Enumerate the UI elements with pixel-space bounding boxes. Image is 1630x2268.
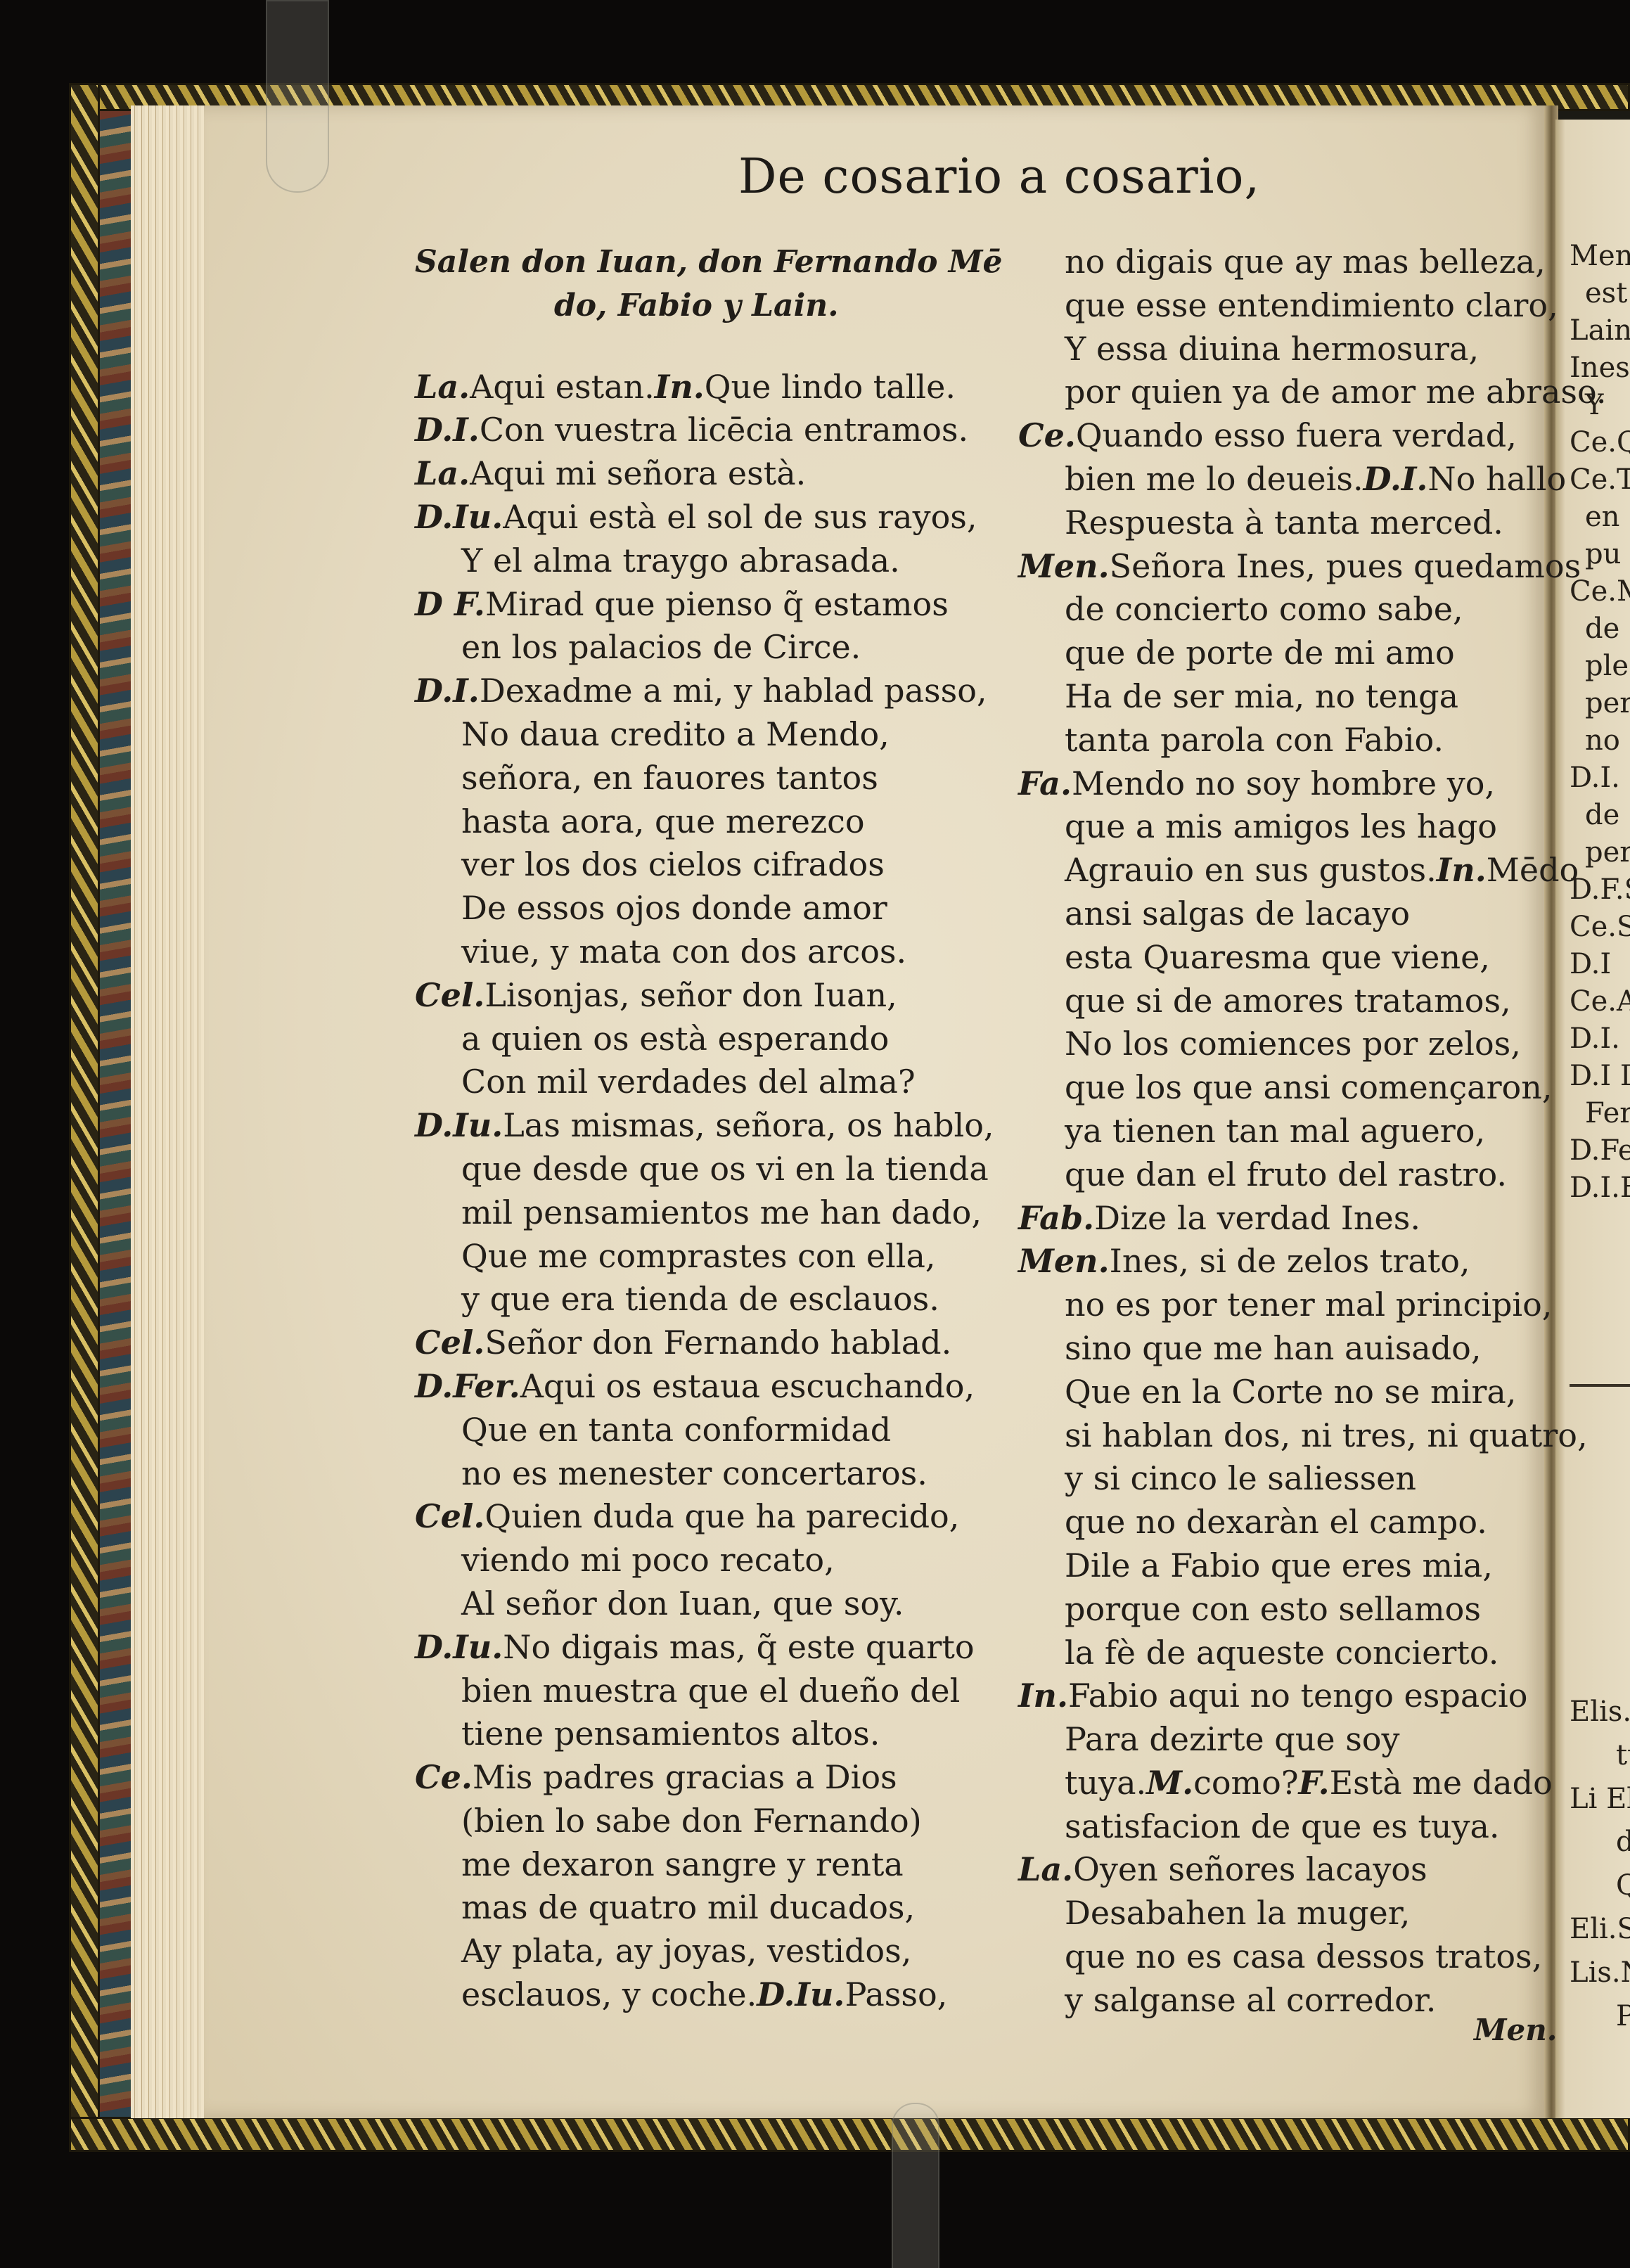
verse-line: en los palacios de Circe. — [415, 626, 999, 669]
fragment-line: D.I. — [1570, 1020, 1630, 1058]
verse-text: no es por tener mal principio, — [1065, 1286, 1552, 1324]
stage-direction: Salen don Iuan, don Fernando Mē — [415, 241, 999, 284]
verse-line: bien me lo deueis.D.I.No hallo — [1018, 458, 1553, 501]
verse-text: a quien os està esperando — [461, 1020, 889, 1058]
verse-text: que dan el fruto del rastro. — [1065, 1155, 1507, 1193]
verse-text: Que en la Corte no se mira, — [1065, 1373, 1516, 1411]
verse-text: Lisonjas, señor don Iuan, — [484, 976, 897, 1014]
verse-line: y si cinco le saliessen — [1018, 1457, 1553, 1501]
verse-text: viendo mi poco recato, — [461, 1541, 835, 1579]
verse-text: No los comiences por zelos, — [1065, 1025, 1521, 1063]
verse-text: tiene pensamientos altos. — [461, 1715, 880, 1753]
verse-text: porque con esto sellamos — [1065, 1590, 1481, 1628]
section-rule — [1570, 1384, 1630, 1387]
verse-text: y que era tienda de esclauos. — [461, 1280, 939, 1318]
verse-line: me dexaron sangre y renta — [415, 1843, 999, 1887]
fragment-line: Lis.No a — [1570, 1954, 1630, 1998]
verse-line: mil pensamientos me han dado, — [415, 1191, 999, 1235]
verse-text: Con vuestra licēcia entramos. — [480, 411, 968, 449]
verse-line: Dile a Fabio que eres mia, — [1018, 1544, 1553, 1588]
verse-line: y salganse al corredor. — [1018, 1979, 1553, 2023]
verse-line: D.I.Dexadme a mi, y hablad passo, — [415, 669, 999, 713]
fragment-line: Lain — [1570, 312, 1630, 350]
verse-text: que a mis amigos les hago — [1065, 807, 1497, 845]
verse-text: me dexaron sangre y renta — [461, 1845, 904, 1883]
fragment-line: D.I. — [1570, 760, 1630, 797]
verse-line: no es menester concertaros. — [415, 1452, 999, 1496]
fragment-line: Ce.Sa — [1570, 909, 1630, 946]
verse-line: D F.Mirad que pienso q̃ estamos — [415, 583, 999, 627]
speaker-label: Fa. — [1018, 764, 1072, 802]
verse-text: satisfacion de que es tuya. — [1065, 1807, 1500, 1845]
verse-line: No daua credito a Mendo, — [415, 713, 999, 757]
speaker-label: In. — [1437, 851, 1487, 889]
verse-line: esclauos, y coche.D.Iu.Passo, — [415, 1973, 999, 2017]
verse-line: que no es casa dessos tratos, — [1018, 1935, 1553, 1979]
fragment-line: Fern — [1570, 1095, 1630, 1132]
verse-line: Que en la Corte no se mira, — [1018, 1371, 1553, 1414]
verse-text: que no es casa dessos tratos, — [1065, 1937, 1542, 1975]
verse-line: De essos ojos donde amor — [415, 887, 999, 930]
fragment-line: Ce.A — [1570, 983, 1630, 1020]
fragment-line: en — [1570, 499, 1630, 536]
verse-line: D.Iu.Las mismas, señora, os hablo, — [415, 1104, 999, 1148]
speaker-label: D.I. — [1363, 460, 1428, 498]
verse-text: Que me comprastes con ella, — [461, 1237, 936, 1275]
verse-line: ya tienen tan mal aguero, — [1018, 1110, 1553, 1153]
verse-line: tuya.M.como?F.Està me dado — [1018, 1762, 1553, 1805]
verse-line: a quien os està esperando — [415, 1018, 999, 1061]
verse-text: viue, y mata con dos arcos. — [461, 933, 906, 970]
fragment-line: per — [1570, 685, 1630, 722]
speaker-label: Ce. — [1018, 416, 1076, 454]
verse-text: la fè de aqueste concierto. — [1065, 1634, 1499, 1672]
speaker-label: In. — [1018, 1677, 1068, 1715]
verse-line: Cel.Señor don Fernando hablad. — [415, 1321, 999, 1365]
verse-line: bien muestra que el dueño del — [415, 1670, 999, 1713]
speaker-label: F. — [1299, 1764, 1330, 1802]
fragment-line: Quere — [1570, 1867, 1630, 1911]
verse-line: D.Fer.Aqui os estaua escuchando, — [415, 1365, 999, 1409]
verse-text: esclauos, y coche. — [461, 1975, 757, 2013]
verse-line: viendo mi poco recato, — [415, 1539, 999, 1582]
verse-text: no digais que ay mas belleza, — [1065, 243, 1546, 281]
fragment-line: P — [1570, 1998, 1630, 2042]
verse-line: D.Iu.No digais mas, q̃ este quarto — [415, 1626, 999, 1670]
verse-text: Aqui estan. — [470, 368, 655, 406]
speaker-label: D.I. — [415, 672, 480, 710]
verse-line: No los comiences por zelos, — [1018, 1023, 1553, 1066]
verse-line: viue, y mata con dos arcos. — [415, 930, 999, 974]
verse-text: Ines, si de zelos trato, — [1110, 1242, 1470, 1280]
verse-text: tanta parola con Fabio. — [1065, 721, 1444, 759]
speaker-label: Men. — [1018, 547, 1110, 585]
verse-line: Cel.Quien duda que ha parecido, — [415, 1495, 999, 1539]
verse-text: que los que ansi començaron, — [1065, 1068, 1553, 1106]
verse-line: (bien lo sabe don Fernando) — [415, 1800, 999, 1843]
page-holder-strip-bottom — [892, 2103, 939, 2268]
verse-line: La.Oyen señores lacayos — [1018, 1848, 1553, 1892]
verse-text: y salganse al corredor. — [1065, 1981, 1436, 2019]
verse-line: que de porte de mi amo — [1018, 632, 1553, 675]
fragment-line: Y — [1570, 387, 1630, 424]
verse-line: por quien ya de amor me abraso. — [1018, 371, 1553, 414]
verse-line: Fab.Dize la verdad Ines. — [1018, 1197, 1553, 1241]
verse-line: satisfacion de que es tuya. — [1018, 1805, 1553, 1849]
verse-line: que esse entendimiento claro, — [1018, 284, 1553, 328]
verse-text: No hallo — [1427, 460, 1566, 498]
verse-line: esta Quaresma que viene, — [1018, 936, 1553, 980]
verse-line: Desabahen la muger, — [1018, 1892, 1553, 1935]
verse-text: Señora Ines, pues quedamos — [1110, 547, 1581, 585]
verse-text: que de porte de mi amo — [1065, 634, 1455, 672]
verse-text: hasta aora, que merezco — [461, 802, 865, 840]
fragment-line: Elis.Ta — [1570, 1693, 1630, 1737]
verse-line: Ha de ser mia, no tenga — [1018, 675, 1553, 719]
verse-line: Fa.Mendo no soy hombre yo, — [1018, 762, 1553, 806]
fragment-line: D.I — [1570, 946, 1630, 983]
fragment-line: Ce.T — [1570, 461, 1630, 499]
verse-text: Aqui està el sol de sus rayos, — [503, 498, 977, 536]
speaker-label: D.Iu. — [415, 1106, 503, 1144]
verse-text: Mendo no soy hombre yo, — [1072, 764, 1495, 802]
verse-line: que los que ansi començaron, — [1018, 1066, 1553, 1110]
verse-text: y si cinco le saliessen — [1065, 1459, 1416, 1497]
verse-line: sino que me han auisado, — [1018, 1327, 1553, 1371]
speaker-label: La. — [1018, 1850, 1073, 1888]
verse-text: Dize la verdad Ines. — [1094, 1199, 1420, 1237]
verse-line: Agrauio en sus gustos.In.Mēdo — [1018, 849, 1553, 892]
speaker-label: D.Fer. — [415, 1367, 520, 1405]
fragment-line: Ce.Q — [1570, 424, 1630, 461]
verse-text: (bien lo sabe don Fernando) — [461, 1802, 922, 1840]
verse-line: no digais que ay mas belleza, — [1018, 241, 1553, 284]
speaker-label: D.Iu. — [415, 498, 503, 536]
gilt-border-left — [69, 83, 100, 2151]
verse-text: Està me dado — [1330, 1764, 1553, 1802]
fragment-line: D.I.Es — [1570, 1170, 1630, 1207]
verse-line: Respuesta à tanta merced. — [1018, 501, 1553, 545]
verse-text: Señor don Fernando hablad. — [484, 1324, 951, 1362]
verse-text: Ha de ser mia, no tenga — [1065, 677, 1458, 715]
fragment-line: per — [1570, 834, 1630, 871]
speaker-label: Cel. — [415, 1497, 484, 1535]
verse-line: Y el alma traygo abrasada. — [415, 539, 999, 583]
verse-text: ya tienen tan mal aguero, — [1065, 1112, 1485, 1150]
verse-line: Ay plata, ay joyas, vestidos, — [415, 1930, 999, 1973]
verse-text: esta Quaresma que viene, — [1065, 938, 1490, 976]
gilt-border-bottom — [69, 2117, 1630, 2152]
fragment-line: Li Elisa — [1570, 1781, 1630, 1824]
verse-text: Oyen señores lacayos — [1073, 1850, 1427, 1888]
verse-line: ver los dos cielos cifrados — [415, 843, 999, 887]
speaker-label: D.I. — [415, 411, 480, 449]
speaker-label: D.Iu. — [415, 1628, 503, 1666]
speaker-label: Men. — [1018, 1242, 1110, 1280]
verse-text: de concierto como sabe, — [1065, 590, 1463, 628]
verse-text: Quando esso fuera verdad, — [1076, 416, 1517, 454]
page-fore-edge — [131, 105, 208, 2118]
verse-line: Ce.Mis padres gracias a Dios — [415, 1756, 999, 1800]
verse-text: Fabio aqui no tengo espacio — [1068, 1677, 1527, 1715]
left-text-column: Salen don Iuan, don Fernando Mē do, Fabi… — [415, 241, 999, 2017]
verse-text: mas de quatro mil ducados, — [461, 1888, 915, 1926]
verse-text: Que en tanta conformidad — [461, 1411, 891, 1449]
verse-text: No digais mas, q̃ este quarto — [503, 1628, 974, 1666]
verse-text: mil pensamientos me han dado, — [461, 1193, 982, 1231]
speaker-label: Ce. — [415, 1758, 473, 1796]
verse-text: que no dexaràn el campo. — [1065, 1503, 1487, 1541]
verse-line: D.I.Con vuestra licēcia entramos. — [415, 409, 999, 452]
verse-line: tiene pensamientos altos. — [415, 1712, 999, 1756]
speaker-label: Fab. — [1018, 1199, 1094, 1237]
verse-text: Las mismas, señora, os hablo, — [503, 1106, 994, 1144]
verse-line: señora, en fauores tantos — [415, 757, 999, 800]
verse-text: bien muestra que el dueño del — [461, 1672, 960, 1710]
verse-text: Al señor don Iuan, que soy. — [461, 1584, 904, 1622]
verse-text: si hablan dos, ni tres, ni quatro, — [1065, 1416, 1588, 1454]
verse-line: Para dezirte que soy — [1018, 1718, 1553, 1762]
running-head: De cosario a cosario, — [738, 149, 1260, 205]
catchword: Men. — [1474, 2013, 1557, 2047]
verse-line: que si de amores tratamos, — [1018, 980, 1553, 1023]
verse-line: si hablan dos, ni tres, ni quatro, — [1018, 1414, 1553, 1458]
verse-text: Agrauio en sus gustos. — [1065, 851, 1437, 889]
verse-line: no es por tener mal principio, — [1018, 1283, 1553, 1327]
fragment-line: de — [1570, 797, 1630, 834]
verse-line: Que me comprastes con ella, — [415, 1235, 999, 1279]
fragment-line: Men — [1570, 238, 1630, 275]
verse-text: Desabahen la muger, — [1065, 1894, 1410, 1932]
speaker-label: D F. — [415, 585, 485, 623]
speaker-label: Cel. — [415, 976, 484, 1014]
verse-text: Con mil verdades del alma? — [461, 1063, 916, 1101]
verse-text: Mis padres gracias a Dios — [473, 1758, 897, 1796]
speaker-label: Cel. — [415, 1324, 484, 1362]
stage-direction: do, Fabio y Lain. — [415, 284, 999, 328]
verse-lines: no digais que ay mas belleza,que esse en… — [1018, 241, 1553, 2023]
verse-text: por quien ya de amor me abraso. — [1065, 373, 1607, 411]
verse-line: y que era tienda de esclauos. — [415, 1278, 999, 1321]
verse-text: que si de amores tratamos, — [1065, 982, 1511, 1020]
fragment-line: pu — [1570, 536, 1630, 573]
verse-text: en los palacios de Circe. — [461, 628, 861, 666]
verse-text: Respuesta à tanta merced. — [1065, 504, 1503, 542]
speaker-label: M. — [1146, 1764, 1193, 1802]
verse-text: ver los dos cielos cifrados — [461, 845, 885, 883]
verse-text: no es menester concertaros. — [461, 1454, 928, 1492]
marbled-endpaper — [100, 111, 131, 2117]
verse-text: tuya. — [1065, 1764, 1146, 1802]
verse-lines: La.Aqui estan.In.Que lindo talle.D.I.Con… — [415, 366, 999, 2017]
verse-line: Que en tanta conformidad — [415, 1409, 999, 1452]
fragment-line: Eli.Si, n — [1570, 1911, 1630, 1954]
fragment-line: D.F.S — [1570, 871, 1630, 909]
verse-text: Para dezirte que soy — [1065, 1720, 1400, 1758]
fragment-line: Ce.M — [1570, 573, 1630, 610]
fragment-line: D.I D — [1570, 1058, 1630, 1095]
verse-line: D.Iu.Aqui està el sol de sus rayos, — [415, 496, 999, 539]
verse-line: Cel.Lisonjas, señor don Iuan, — [415, 974, 999, 1018]
fragment-line: D.Fe. — [1570, 1132, 1630, 1170]
facing-page-text-upper: MenestLainInes.YCe.QCe.TenpuCe.Mdepleper… — [1570, 238, 1630, 1207]
speaker-label: D.Iu. — [757, 1975, 845, 2013]
fragment-line: est — [1570, 275, 1630, 312]
verse-text: Dile a Fabio que eres mia, — [1065, 1546, 1493, 1584]
verse-text: sino que me han auisado, — [1065, 1329, 1482, 1367]
verse-text: De essos ojos donde amor — [461, 889, 887, 927]
fragment-line: de vn — [1570, 1824, 1630, 1867]
verse-line: Men.Señora Ines, pues quedamos — [1018, 545, 1553, 589]
right-text-column: no digais que ay mas belleza,que esse en… — [1018, 241, 1553, 2023]
verse-line: porque con esto sellamos — [1018, 1588, 1553, 1632]
fragment-line: ple — [1570, 648, 1630, 685]
verse-line: de concierto como sabe, — [1018, 588, 1553, 632]
verse-line: Y essa diuina hermosura, — [1018, 328, 1553, 371]
verse-text: No daua credito a Mendo, — [461, 715, 890, 753]
verse-line: In.Fabio aqui no tengo espacio — [1018, 1674, 1553, 1718]
verse-text: que desde que os vi en la tienda — [461, 1150, 989, 1188]
verse-text: Passo, — [845, 1975, 947, 2013]
speaker-label: La. — [415, 454, 470, 492]
fragment-line: tu lo — [1570, 1737, 1630, 1781]
verse-line: La.Aqui estan.In.Que lindo talle. — [415, 366, 999, 409]
verse-text: ansi salgas de lacayo — [1065, 895, 1410, 933]
speaker-label: In. — [655, 368, 705, 406]
verse-text: bien me lo deueis. — [1065, 460, 1363, 498]
verse-text: Dexadme a mi, y hablad passo, — [480, 672, 987, 710]
verse-line: ansi salgas de lacayo — [1018, 892, 1553, 936]
verse-text: Y essa diuina hermosura, — [1065, 330, 1479, 368]
verse-text: Mirad que pienso q̃ estamos — [485, 585, 949, 623]
verse-line: Con mil verdades del alma? — [415, 1061, 999, 1104]
verse-line: mas de quatro mil ducados, — [415, 1886, 999, 1930]
verse-line: Men.Ines, si de zelos trato, — [1018, 1240, 1553, 1283]
verse-text: señora, en fauores tantos — [461, 759, 878, 797]
verse-text: Mēdo — [1487, 851, 1579, 889]
verse-text: Y el alma traygo abrasada. — [461, 542, 900, 579]
page-holder-strip-top — [266, 0, 329, 193]
verse-line: Al señor don Iuan, que soy. — [415, 1582, 999, 1626]
verse-line: la fè de aqueste concierto. — [1018, 1632, 1553, 1675]
verse-line: que no dexaràn el campo. — [1018, 1501, 1553, 1544]
verse-text: como? — [1193, 1764, 1298, 1802]
verse-text: Aqui mi señora està. — [470, 454, 806, 492]
facing-page-text-lower: Elis.Tatu loLi Elisade vnQuereEli.Si, nL… — [1570, 1693, 1630, 2041]
verse-line: que desde que os vi en la tienda — [415, 1148, 999, 1191]
verse-text: Ay plata, ay joyas, vestidos, — [461, 1932, 911, 1970]
verse-line: Ce.Quando esso fuera verdad, — [1018, 414, 1553, 458]
verse-text: Quien duda que ha parecido, — [484, 1497, 959, 1535]
fragment-line: Ines. — [1570, 350, 1630, 387]
fragment-line: no — [1570, 722, 1630, 760]
speaker-label: La. — [415, 368, 470, 406]
verse-line: hasta aora, que merezco — [415, 800, 999, 844]
verse-text: que esse entendimiento claro, — [1065, 286, 1558, 324]
verse-line: tanta parola con Fabio. — [1018, 719, 1553, 762]
verse-line: que dan el fruto del rastro. — [1018, 1153, 1553, 1197]
verse-line: La.Aqui mi señora està. — [415, 452, 999, 496]
verse-line: que a mis amigos les hago — [1018, 805, 1553, 849]
fragment-line: de — [1570, 610, 1630, 648]
verse-text: Que lindo talle. — [705, 368, 956, 406]
verse-text: Aqui os estaua escuchando, — [520, 1367, 975, 1405]
